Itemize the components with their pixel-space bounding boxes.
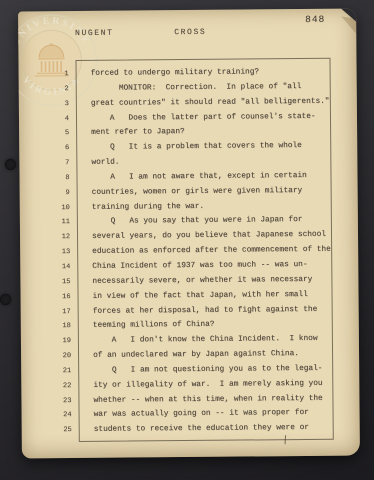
- corner-fold: [340, 9, 357, 23]
- transcript-line: in view of the fact that Japan, with her…: [92, 287, 334, 304]
- line-number: 22: [55, 379, 71, 394]
- line-number: 20: [55, 349, 71, 364]
- header-witness-name: NUGENT: [75, 29, 113, 38]
- transcript-line: forces at her disposal, had to fight aga…: [93, 302, 335, 319]
- line-number: 13: [54, 245, 70, 260]
- line-number: 5: [53, 126, 69, 141]
- transcript-line: ity or illegality of war. I am merely as…: [93, 376, 335, 393]
- transcript-line: countries, women or girls were given mil…: [92, 183, 334, 200]
- line-number: 21: [55, 364, 71, 379]
- transcript-line: students to receive the education they w…: [94, 421, 336, 438]
- line-number: 8: [53, 171, 69, 186]
- punch-hole-top: [5, 159, 16, 170]
- line-number: 23: [55, 394, 71, 409]
- line-number: 15: [54, 275, 70, 290]
- line-number: 12: [54, 230, 70, 245]
- transcript-line: Q It is a problem that covers the whole: [91, 139, 333, 156]
- line-number: 16: [54, 290, 70, 305]
- header-examination-type: CROSS: [174, 28, 206, 37]
- transcript-text-column: forced to undergo military training? MON…: [91, 65, 336, 438]
- transcript-line: necessarily severe, or whether it was ne…: [92, 273, 334, 290]
- line-number: 14: [54, 260, 70, 275]
- line-number-column: 1234567891011121314151617181920212223242…: [53, 67, 72, 438]
- line-number: 6: [53, 141, 69, 156]
- page-number: 848: [305, 14, 325, 25]
- transcript-line: great countries" it should read "all bel…: [91, 94, 333, 111]
- line-number: 2: [53, 82, 69, 97]
- line-number: 4: [53, 112, 69, 127]
- line-number: 10: [54, 201, 70, 216]
- scanned-document-background: UNIVERSITY VIRGINIA: [0, 0, 374, 480]
- line-number: 24: [56, 408, 72, 423]
- line-number: 17: [55, 305, 71, 320]
- seal-inner-ring: [21, 30, 81, 90]
- line-number: 9: [54, 186, 70, 201]
- line-number: 1: [53, 67, 69, 82]
- line-number: 25: [56, 423, 72, 438]
- transcript-line: MONITOR: Correction. In place of "all: [91, 80, 333, 97]
- transcript-line: A Does the latter part of counsel's stat…: [91, 109, 333, 126]
- line-number: 7: [53, 156, 69, 171]
- punch-hole-bottom: [0, 294, 11, 305]
- document-page: UNIVERSITY VIRGINIA: [18, 9, 360, 459]
- line-number: 18: [55, 319, 71, 334]
- line-number: 19: [55, 334, 71, 349]
- line-number: 11: [54, 215, 70, 230]
- transcript-line: Q I am not questioning you as to the leg…: [93, 362, 335, 379]
- line-number: 3: [53, 97, 69, 112]
